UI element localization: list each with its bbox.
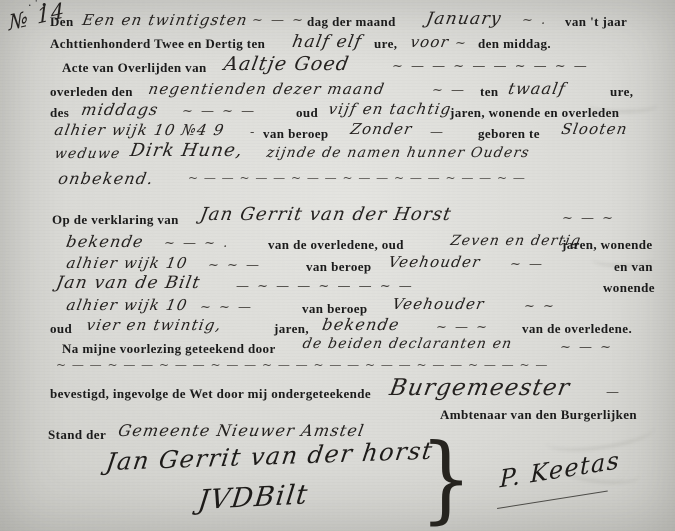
filler-dash: ~ — (510, 258, 544, 272)
filler-dash: — ~ — — ~ — — ~ — (236, 280, 414, 294)
printed-des: des (50, 106, 69, 120)
printed-den: Den (50, 15, 74, 29)
filler-dash: - (250, 126, 256, 140)
printed-weduwe: weduwe (53, 147, 121, 162)
printed-dag-der-maand: dag der maand (307, 15, 396, 29)
declarant2-name: Jan van de Bilt (55, 274, 202, 293)
registration-day: Een en twintigsten (81, 12, 249, 29)
printed-ure: ure, (374, 37, 397, 51)
death-hour: twaalf (507, 80, 568, 98)
printed-ure2: ure, (610, 85, 633, 99)
death-daypart: middags (80, 101, 160, 119)
filler-dash: ~ ~ — (200, 301, 253, 315)
declarant1-profession: Veehouder (387, 254, 482, 271)
printed-jaren-wonende2: jaren, wonende (562, 238, 653, 252)
filler-dash: ~ — ~ . (164, 237, 229, 251)
signature-declarant2: JVDBilt (196, 480, 310, 516)
deceased-birthplace: Slooten (560, 121, 629, 138)
signature-brace: } (420, 428, 472, 531)
printed-overleden-den: overleden den (50, 85, 133, 99)
registration-hour: half elf (291, 33, 364, 52)
filler-dash: — (430, 126, 445, 140)
printed-jaren-wonende: jaren, wonende en overleden (450, 106, 619, 120)
printed-geboren-te: geboren te (478, 127, 540, 141)
printed-oud: oud (296, 106, 318, 120)
deceased-age: vijf en tachtig (327, 101, 453, 118)
filler-dash: ~ ~ (524, 300, 556, 314)
declarant2-profession: Veehouder (391, 296, 486, 313)
spouse-name: Dirk Hune, (129, 141, 245, 161)
death-day: negentienden dezer maand (147, 81, 386, 98)
printed-van-beroep: van beroep (263, 127, 329, 141)
filler-dash: ~ — ~ (560, 341, 613, 355)
deceased-name: Aaltje Goed (222, 54, 351, 75)
declarant1-address: alhier wijk 10 (65, 255, 189, 272)
filler-dash: ~ — ~ (562, 212, 615, 226)
registration-year: Achttienhonderd Twee en Dertig ten (50, 37, 265, 51)
scanned-death-certificate: ·˙•№ 14DenEen en twintigsten~ — ~dag der… (0, 0, 675, 531)
printed-op-de-verklaring: Op de verklaring van (52, 213, 179, 227)
filler-dash: ~ — (432, 84, 466, 98)
printed-ambtenaar: Ambtenaar van den Burgerlijken (440, 408, 637, 422)
signature-official: P. Keetas (500, 447, 621, 493)
printed-acte-van-overlijden: Acte van Overlijden van (62, 61, 207, 75)
parents-clause: zijnde de namen hunner Ouders (265, 146, 531, 161)
printed-ten: ten (480, 85, 499, 99)
deceased-address: alhier wijk 10 №4 9 (53, 122, 226, 139)
deceased-profession: Zonder (349, 121, 414, 138)
registration-month: January (425, 10, 503, 29)
printed-van-beroep2: van beroep (306, 260, 372, 274)
filler-dash: ~ — ~ (252, 14, 305, 28)
before-after-noon: voor (409, 34, 450, 51)
filler-squiggle: ~ — — ~ — — ~ — — ~ — — ~ — — ~ — — ~ — (188, 172, 628, 185)
official-title: Burgemeester (388, 376, 573, 401)
declarant2-address: alhier wijk 10 (65, 297, 189, 314)
filler-dash: ~ — ~ (436, 321, 489, 335)
filler-dash: ~ . (522, 14, 547, 28)
printed-oud2: oud (50, 322, 72, 336)
printed-van-t-jaar: van 't jaar (565, 15, 627, 29)
filler-dash: ~ — — ~ — — ~ — ~ — (392, 60, 589, 74)
signature-underline (497, 490, 608, 509)
printed-den-middag: den middag. (478, 37, 551, 51)
filler-dash: ~ — ~ — (182, 105, 256, 119)
declarant1-relation: bekende (65, 233, 145, 251)
declarant2-age: vier en twintig, (85, 317, 223, 334)
printed-van-de-overledene-oud: van de overledene, oud (268, 238, 404, 252)
divider-squiggle: ~ — — ~ — — ~ — — ~ — — ~ — — ~ — — ~ — … (56, 359, 626, 372)
filler-dash: ~ ~ — (208, 259, 261, 273)
signature-declarant1: Jan Gerrit van der horst (104, 438, 435, 476)
filler-dash: ~ (455, 37, 468, 51)
signed-by-clause: de beiden declaranten en (301, 337, 513, 352)
declarant1-name: Jan Gerrit van der Horst (199, 205, 454, 225)
municipality: Gemeente Nieuwer Amstel (117, 422, 366, 440)
printed-bevestigd: bevestigd, ingevolge de Wet door mij ond… (50, 387, 371, 401)
printed-na-mijne-voorlezing: Na mijne voorlezing geteekend door (62, 342, 276, 356)
declarant2-relation: bekende (321, 316, 401, 334)
parents-unknown: onbekend. (57, 170, 155, 188)
printed-stand-der: Stand der (48, 428, 106, 442)
printed-van-de-overledene2: van de overledene. (522, 322, 632, 336)
printed-jaren2: jaren, (274, 322, 309, 336)
printed-en-van: en van (614, 260, 653, 274)
printed-wonende: wonende (603, 281, 655, 295)
filler-dash: — (606, 386, 621, 400)
